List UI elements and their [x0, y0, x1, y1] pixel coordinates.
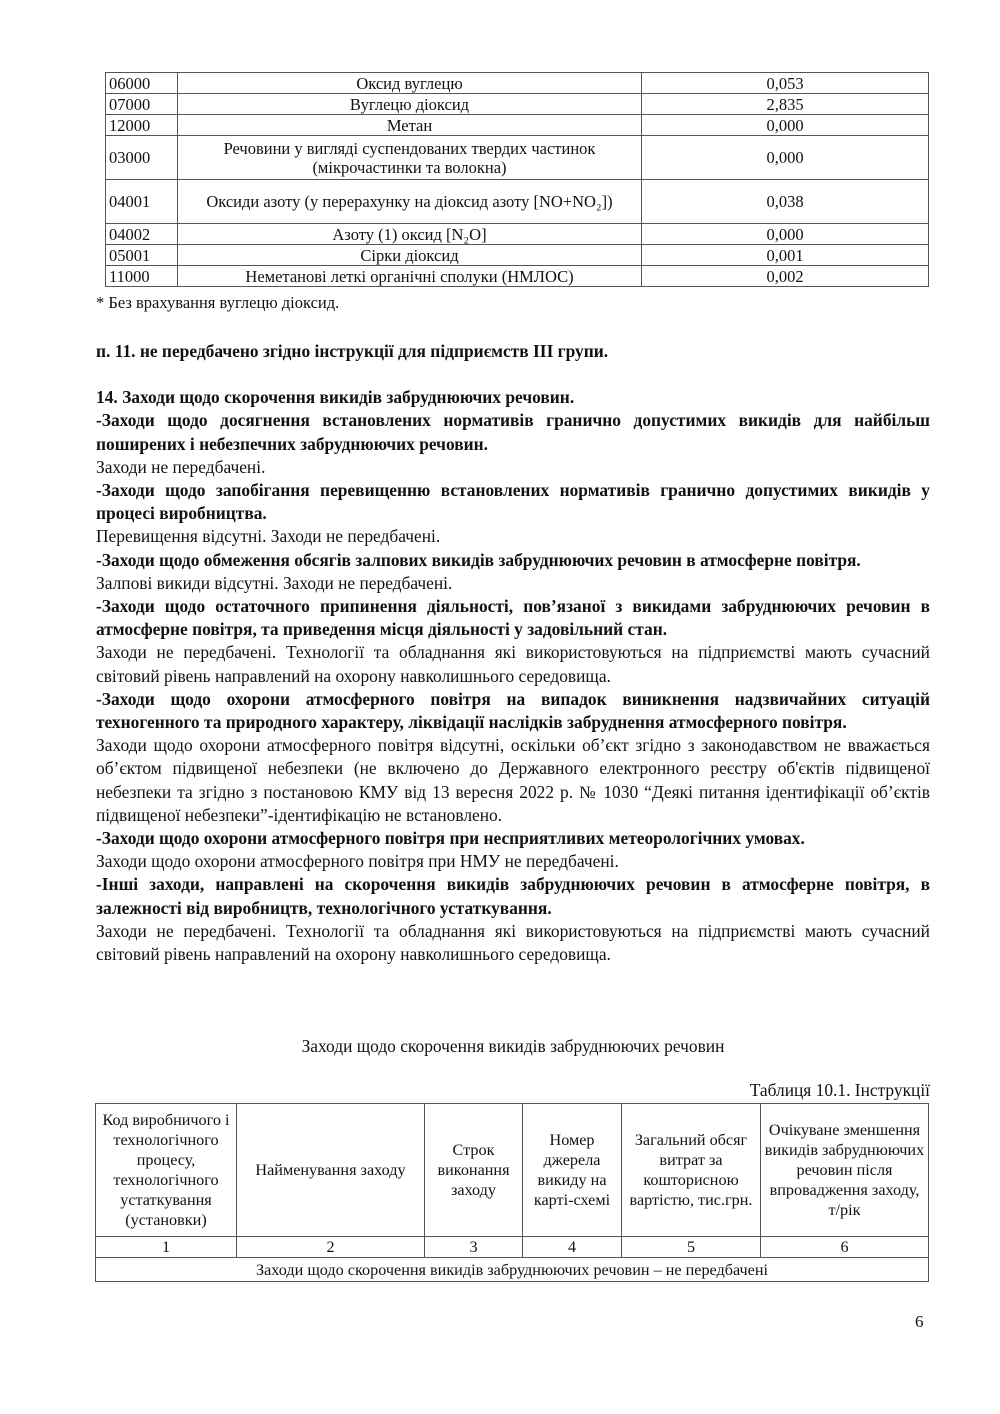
- page-number: 6: [915, 1312, 924, 1332]
- column-number: 5: [622, 1237, 761, 1258]
- measure-text: Заходи щодо охорони атмосферного повітря…: [96, 850, 930, 873]
- table-header-row: Код виробничого і технологічного процесу…: [96, 1104, 929, 1237]
- substance-code: 05001: [106, 245, 178, 266]
- column-header: Найменування заходу: [237, 1104, 425, 1237]
- substance-name: Сірки діоксид: [178, 245, 642, 266]
- table-row: 12000 Метан 0,000: [106, 115, 929, 136]
- column-header: Строк виконання заходу: [425, 1104, 523, 1237]
- substance-code: 06000: [106, 73, 178, 94]
- emission-value: 0,053: [642, 73, 929, 94]
- column-number-row: 1 2 3 4 5 6: [96, 1237, 929, 1258]
- measure-heading: -Інші заходи, направлені на скорочення в…: [96, 873, 930, 919]
- substance-code: 12000: [106, 115, 178, 136]
- substance-name: Метан: [178, 115, 642, 136]
- substance-code: 04002: [106, 224, 178, 245]
- substance-code: 04001: [106, 180, 178, 224]
- measure-heading: -Заходи щодо обмеження обсягів залпових …: [96, 549, 930, 572]
- table-row: 03000 Речовини у вигляді суспендованих т…: [106, 136, 929, 180]
- substance-name: Оксиди азоту (у перерахунку на діоксид а…: [178, 180, 642, 224]
- emission-value: 0,002: [642, 266, 929, 287]
- document-page: 06000 Оксид вуглецю 0,053 07000 Вуглецю …: [0, 0, 1000, 1414]
- substance-code: 11000: [106, 266, 178, 287]
- measure-text: Заходи не передбачені. Технології та обл…: [96, 641, 930, 687]
- table-row: Заходи щодо скорочення викидів забруднюю…: [96, 1258, 929, 1282]
- measure-text: Заходи не передбачені.: [96, 456, 930, 479]
- emission-value: 0,000: [642, 115, 929, 136]
- table-row: 11000 Неметанові леткі органічні сполуки…: [106, 266, 929, 287]
- emission-value: 0,001: [642, 245, 929, 266]
- emission-value: 2,835: [642, 94, 929, 115]
- measure-heading: -Заходи щодо охорони атмосферного повітр…: [96, 688, 930, 734]
- emission-value: 0,000: [642, 224, 929, 245]
- column-number: 1: [96, 1237, 237, 1258]
- span-cell: Заходи щодо скорочення викидів забруднюю…: [96, 1258, 929, 1282]
- column-header: Номер джерела викиду на карті-схемі: [523, 1104, 622, 1237]
- substance-name: Неметанові леткі органічні сполуки (НМЛО…: [178, 266, 642, 287]
- table-footnote: * Без врахування вуглецю діоксид.: [96, 293, 339, 313]
- substance-code: 07000: [106, 94, 178, 115]
- measure-heading: -Заходи щодо досягнення встановлених нор…: [96, 409, 930, 455]
- emission-value: 0,038: [642, 180, 929, 224]
- measure-heading: -Заходи щодо запобігання перевищенню вст…: [96, 479, 930, 525]
- column-header: Загальний обсяг витрат за кошторисною ва…: [622, 1104, 761, 1237]
- column-number: 4: [523, 1237, 622, 1258]
- table-label: Таблиця 10.1. Інструкції: [750, 1080, 930, 1101]
- table-row: 05001 Сірки діоксид 0,001: [106, 245, 929, 266]
- document-body: п. 11. не передбачено згідно інструкції …: [96, 340, 930, 966]
- substance-name: Азоту (1) оксид [N₂O]: [178, 224, 642, 245]
- column-number: 2: [237, 1237, 425, 1258]
- table-caption: Заходи щодо скорочення викидів забруднюю…: [96, 1036, 930, 1057]
- emissions-table: 06000 Оксид вуглецю 0,053 07000 Вуглецю …: [105, 72, 929, 287]
- substance-name: Оксид вуглецю: [178, 73, 642, 94]
- column-header: Код виробничого і технологічного процесу…: [96, 1104, 237, 1237]
- measures-table: Код виробничого і технологічного процесу…: [95, 1103, 929, 1282]
- table-row: 07000 Вуглецю діоксид 2,835: [106, 94, 929, 115]
- substance-name: Речовини у вигляді суспендованих твердих…: [178, 136, 642, 180]
- table-row: 04002 Азоту (1) оксид [N₂O] 0,000: [106, 224, 929, 245]
- measure-heading: -Заходи щодо охорони атмосферного повітр…: [96, 827, 930, 850]
- substance-code: 03000: [106, 136, 178, 180]
- measure-text: Заходи не передбачені. Технології та обл…: [96, 920, 930, 966]
- measure-heading: -Заходи щодо остаточного припинення діял…: [96, 595, 930, 641]
- substance-name: Вуглецю діоксид: [178, 94, 642, 115]
- section-14-title: 14. Заходи щодо скорочення викидів забру…: [96, 386, 930, 409]
- measure-text: Залпові викиди відсутні. Заходи не перед…: [96, 572, 930, 595]
- measure-text: Перевищення відсутні. Заходи не передбач…: [96, 525, 930, 548]
- section-p11: п. 11. не передбачено згідно інструкції …: [96, 340, 930, 363]
- column-number: 3: [425, 1237, 523, 1258]
- column-number: 6: [761, 1237, 929, 1258]
- column-header: Очікуване зменшення викидів забруднюючих…: [761, 1104, 929, 1237]
- measure-text: Заходи щодо охорони атмосферного повітря…: [96, 734, 930, 827]
- table-row: 06000 Оксид вуглецю 0,053: [106, 73, 929, 94]
- emission-value: 0,000: [642, 136, 929, 180]
- table-row: 04001 Оксиди азоту (у перерахунку на діо…: [106, 180, 929, 224]
